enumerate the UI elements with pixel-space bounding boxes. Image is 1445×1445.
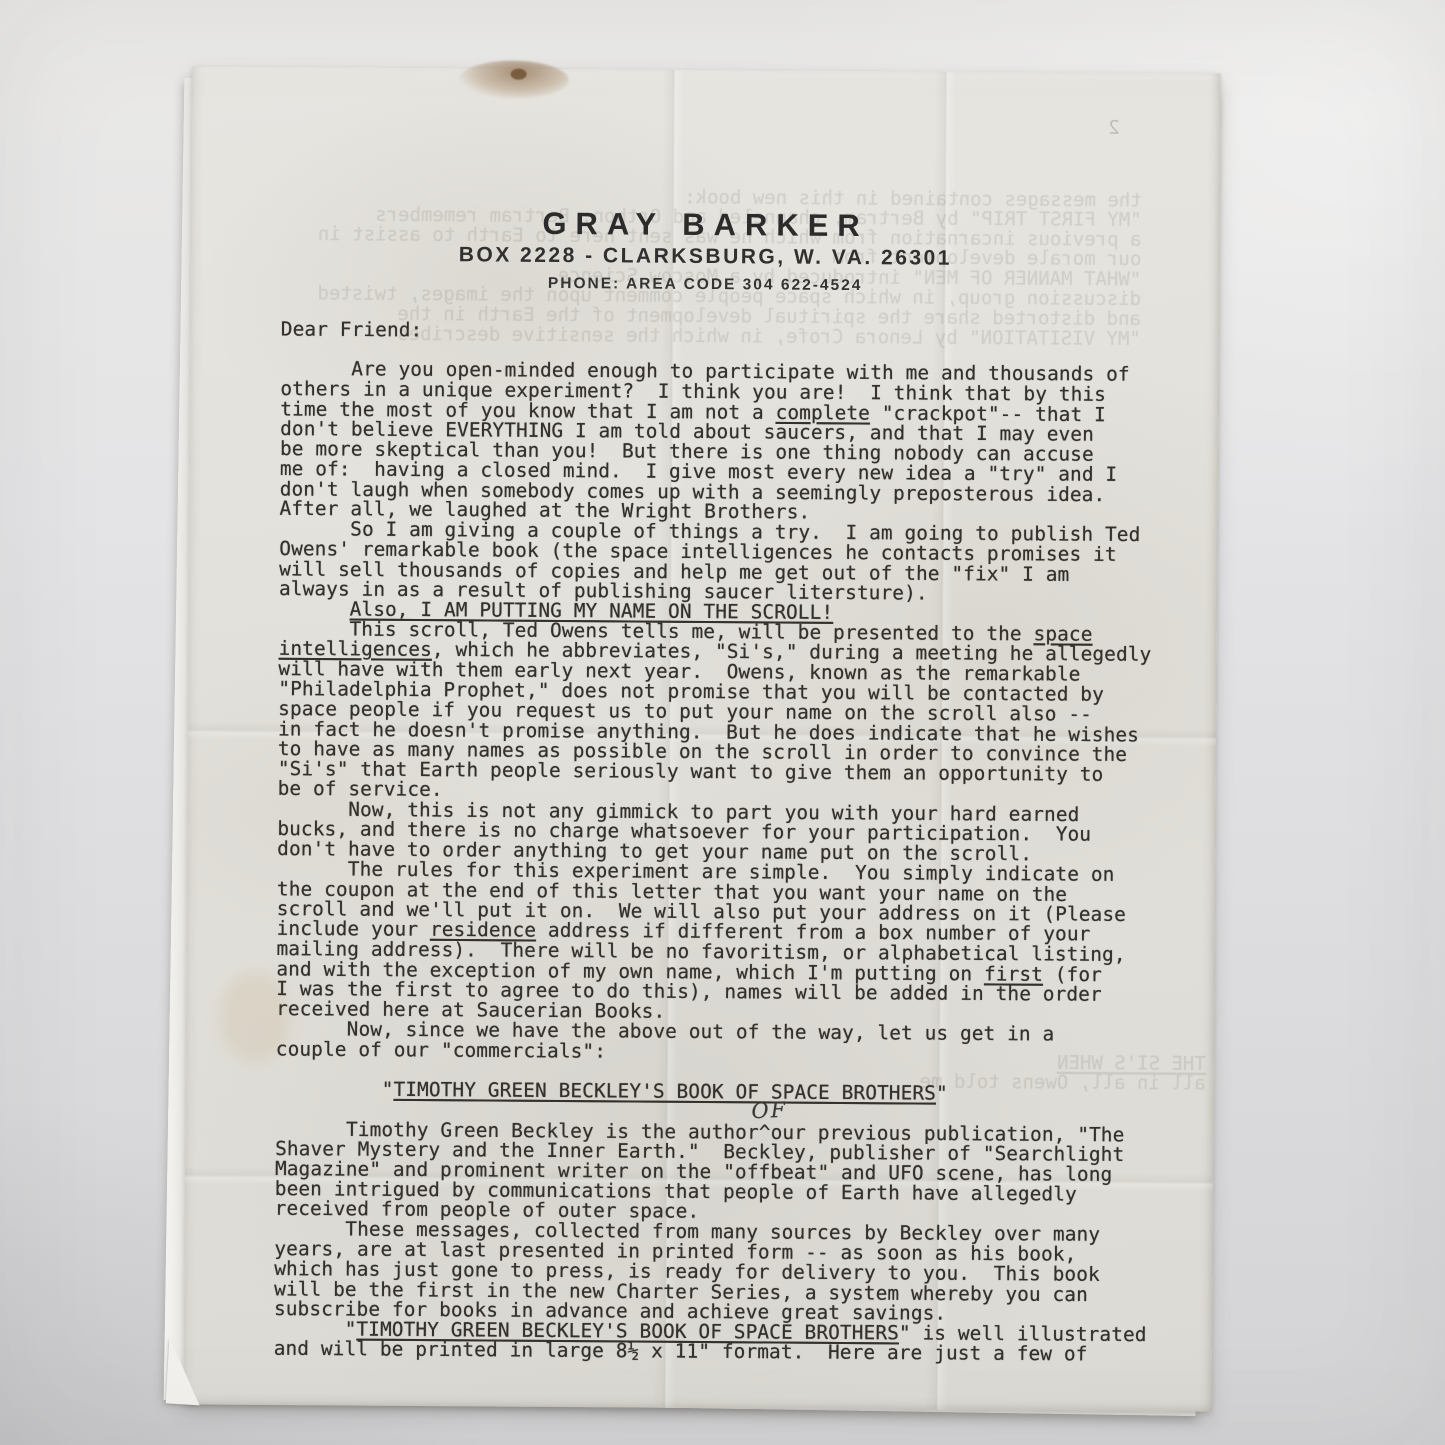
letterhead: GRAY BARKER BOX 2228 - CLARKSBURG, W. VA… (191, 204, 1220, 301)
bleed-through-page-number: 2 (1108, 117, 1120, 139)
photo-background: 2 the messages contained in this new boo… (0, 0, 1445, 1445)
letter-body: Dear Friend: Are you open-minded enough … (274, 319, 1211, 1365)
stain-speck (511, 69, 527, 80)
paper-sheet: 2 the messages contained in this new boo… (183, 66, 1220, 1411)
handwritten-insertion-of: OF (751, 1098, 788, 1124)
stain (458, 60, 568, 99)
under-sheet-corner (166, 1337, 204, 1405)
letter-line: and will be printed in large 8½ x 11" fo… (274, 1339, 1204, 1365)
